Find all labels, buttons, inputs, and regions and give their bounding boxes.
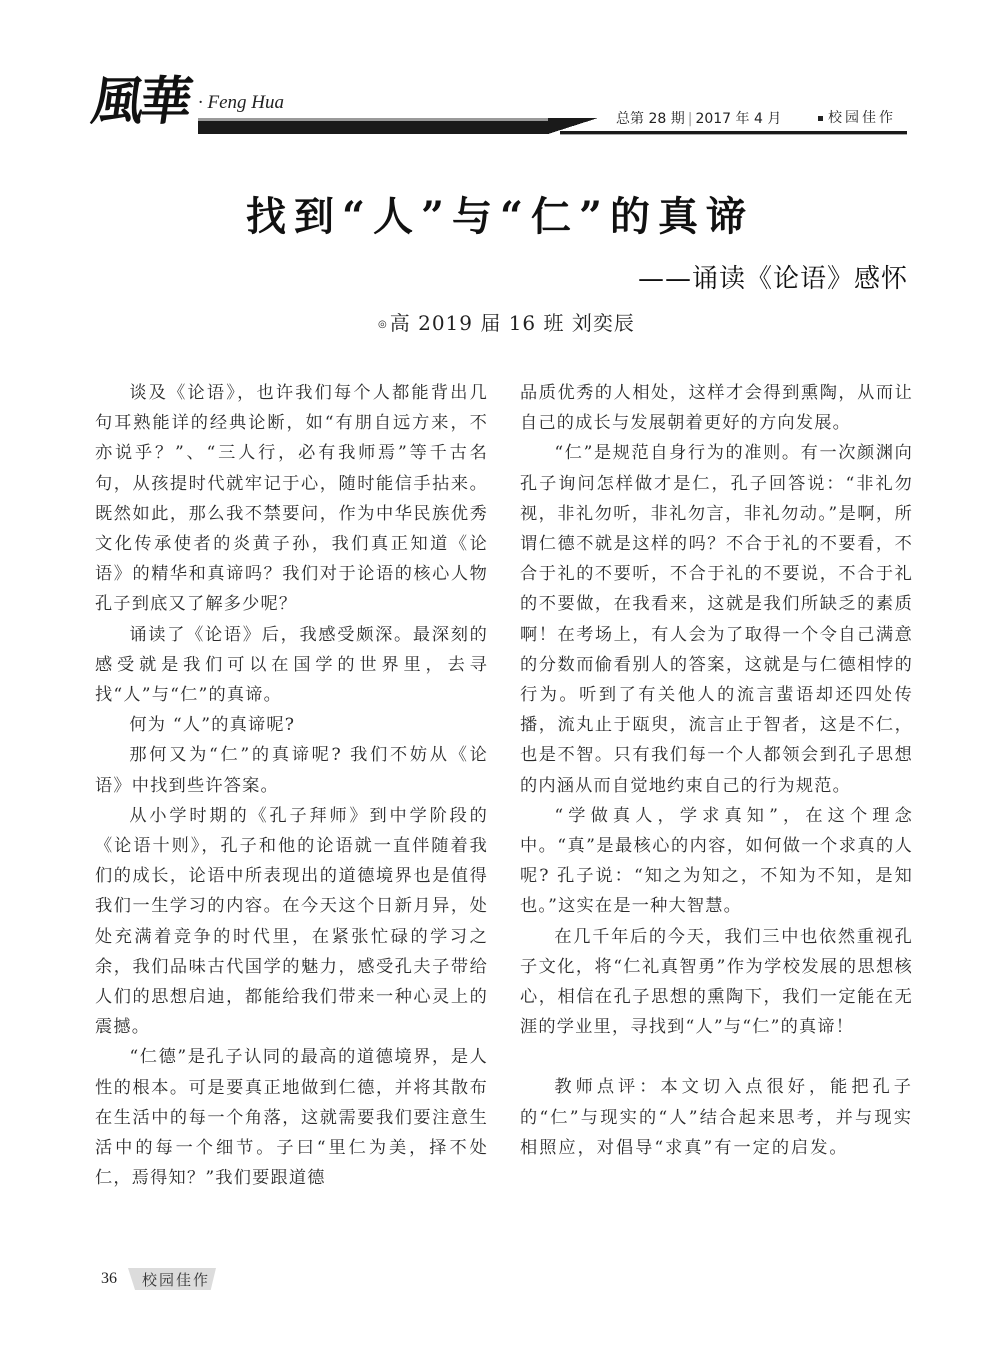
section-label-text: 校园佳作	[828, 110, 896, 126]
left-column: 谈及《论语》，也许我们每个人都能背出几句耳熟能详的经典论断，如“有朋自远方来，不…	[95, 378, 488, 1193]
separator: |	[688, 111, 693, 127]
issue-info: 总第 28 期|2017 年 4 月	[616, 108, 781, 128]
author-text: 高 2019 届 16 班 刘奕辰	[390, 311, 635, 335]
circle-mark-icon: ◎	[378, 319, 388, 330]
square-bullet-icon	[818, 116, 823, 121]
paragraph: 从小学时期的《孔子拜师》到中学阶段的《论语十则》，孔子和他的论语就一直伴随着我们…	[95, 801, 488, 1043]
section-label: 校园佳作	[818, 107, 896, 127]
paragraph: “学做真人，学求真知”，在这个理念中。“真”是最核心的内容，如何做一个求真的人呢…	[520, 801, 913, 922]
teacher-comment: 教师点评：本文切入点很好，能把孔子的“仁”与现实的“人”结合起来思考，并与现实相…	[520, 1072, 913, 1163]
magazine-logo: 風華	[88, 76, 191, 128]
article-author: ◎高 2019 届 16 班 刘奕辰	[378, 307, 635, 336]
paragraph: 品质优秀的人相处，这样才会得到熏陶，从而让自己的成长与发展朝着更好的方向发展。	[520, 378, 913, 438]
footer-section-label: 校园佳作	[142, 1269, 210, 1290]
issue-number: 总第 28 期	[616, 111, 685, 127]
paragraph: 诵读了《论语》后，我感受颇深。最深刻的感受就是我们可以在国学的世界里，去寻找“人…	[95, 620, 488, 711]
paragraph: “仁德”是孔子认同的最高的道德境界，是人性的根本。可是要真正地做到仁德，并将其散…	[95, 1042, 488, 1193]
right-column: 品质优秀的人相处，这样才会得到熏陶，从而让自己的成长与发展朝着更好的方向发展。 …	[520, 378, 913, 1163]
header-rule	[198, 118, 548, 134]
header-rule-thin	[560, 131, 907, 135]
issue-date: 2017 年 4 月	[695, 111, 781, 127]
article-title: 找到“人”与“仁”的真谛	[0, 185, 1000, 242]
paragraph: 在几千年后的今天，我们三中也依然重视孔子文化，将“仁礼真智勇”作为学校发展的思想…	[520, 922, 913, 1043]
paragraph: 那何又为“仁”的真谛呢? 我们不妨从《论语》中找到些许答案。	[95, 740, 488, 800]
page-number: 36	[101, 1270, 117, 1288]
paragraph: “仁”是规范自身行为的准则。有一次颜渊向孔子询问怎样做才是仁，孔子回答说：“非礼…	[520, 438, 913, 800]
article-subtitle: ——诵读《论语》感怀	[638, 258, 908, 295]
paragraph: 谈及《论语》，也许我们每个人都能背出几句耳熟能详的经典论断，如“有朋自远方来，不…	[95, 378, 488, 620]
brand-name: · Feng Hua	[198, 92, 284, 114]
paragraph: 何为 “人”的真谛呢?	[95, 710, 488, 740]
